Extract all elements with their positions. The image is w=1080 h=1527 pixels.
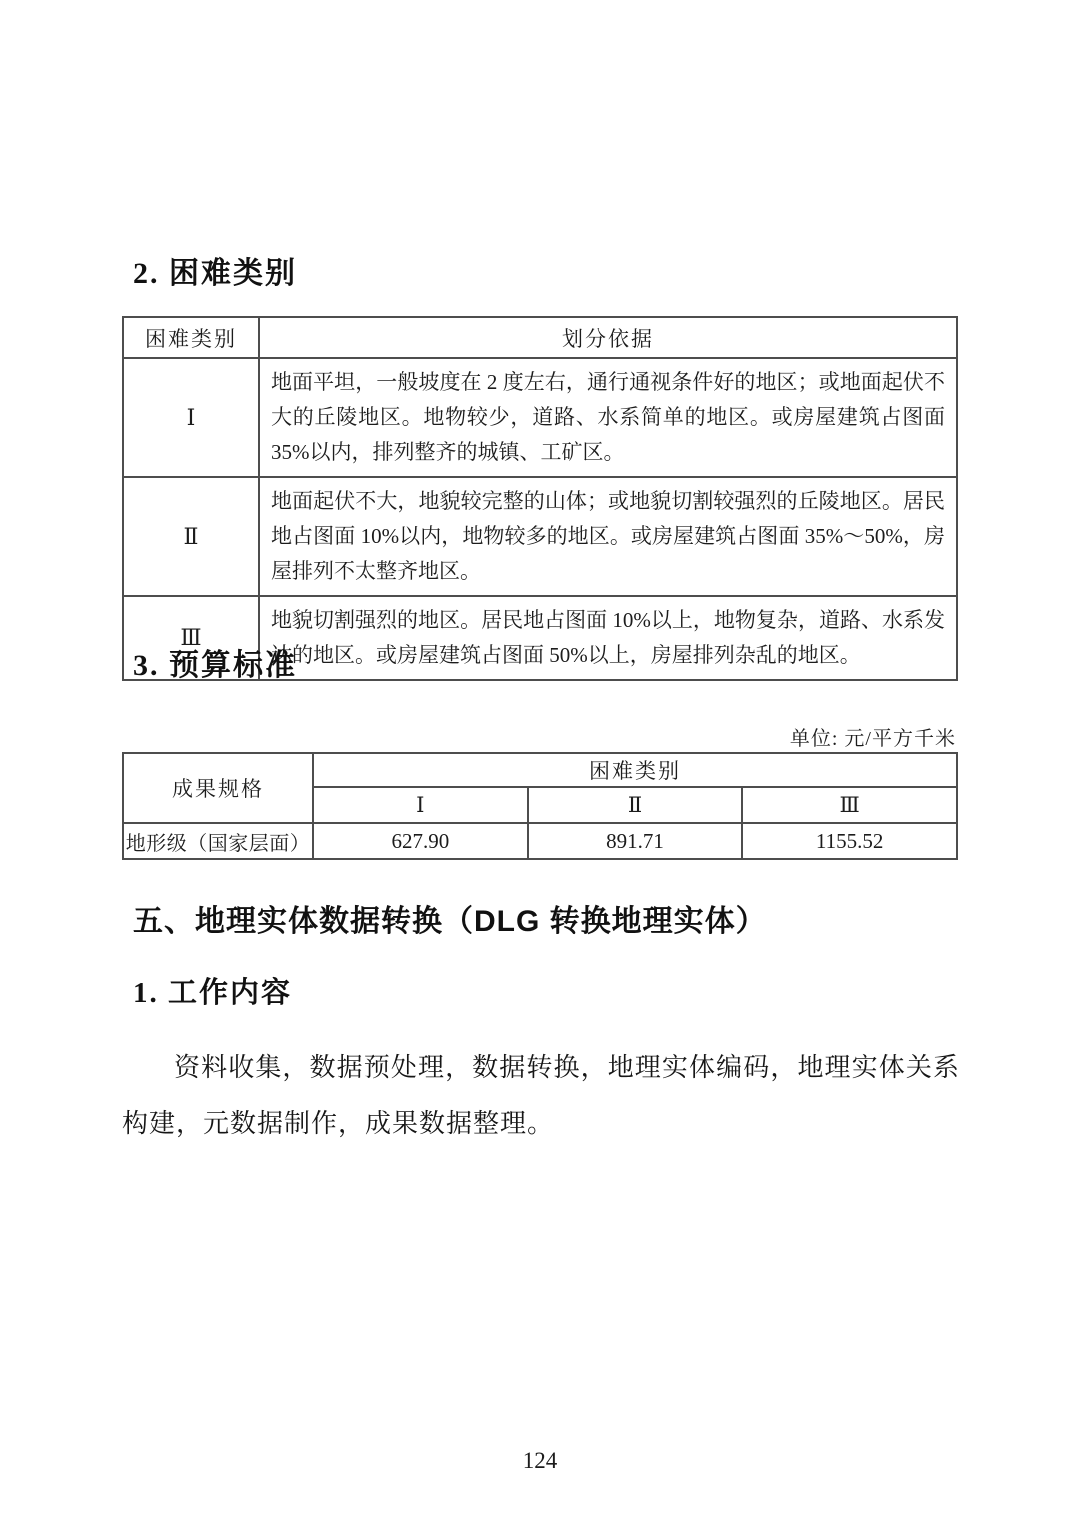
column-header-difficulty-category: 困难类别 — [123, 317, 259, 358]
column-header-result-spec: 成果规格 — [123, 753, 313, 823]
table-row: Ⅱ 地面起伏不大，地貌较完整的山体；或地貌切割较强烈的丘陵地区。居民地占图面 1… — [123, 477, 957, 596]
value-cell-level3: 1155.52 — [742, 823, 957, 859]
difficulty-categories-table: 困难类别 划分依据 Ⅰ 地面平坦，一般坡度在 2 度左右，通行通视条件好的地区；… — [122, 316, 958, 681]
subsection-heading-work-content: 1. 工作内容 — [133, 970, 292, 1011]
page-number: 124 — [0, 1448, 1080, 1474]
section-heading-geo-entity-conversion: 五、地理实体数据转换（DLG 转换地理实体） — [133, 896, 767, 940]
section-heading-difficulty-categories: 2. 困难类别 — [133, 248, 297, 292]
category-cell: Ⅰ — [123, 358, 259, 477]
value-cell-level1: 627.90 — [313, 823, 528, 859]
level-header-1: Ⅰ — [313, 787, 528, 823]
level-header-3: Ⅲ — [742, 787, 957, 823]
section-heading-budget-standard: 3. 预算标准 — [133, 640, 297, 684]
table-header-row: 成果规格 困难类别 — [123, 753, 957, 787]
unit-note: 单位: 元/平方千米 — [790, 722, 956, 751]
value-cell-level2: 891.71 — [528, 823, 743, 859]
table-row: 地形级（国家层面） 627.90 891.71 1155.52 — [123, 823, 957, 859]
table-row: Ⅰ 地面平坦，一般坡度在 2 度左右，通行通视条件好的地区；或地面起伏不大的丘陵… — [123, 358, 957, 477]
column-header-classification-basis: 划分依据 — [259, 317, 957, 358]
work-content-paragraph: 资料收集，数据预处理，数据转换，地理实体编码，地理实体关系构建，元数据制作，成果… — [122, 1040, 960, 1152]
budget-standard-table: 成果规格 困难类别 Ⅰ Ⅱ Ⅲ 地形级（国家层面） 627.90 891.71 … — [122, 752, 958, 860]
criteria-cell: 地面平坦，一般坡度在 2 度左右，通行通视条件好的地区；或地面起伏不大的丘陵地区… — [259, 358, 957, 477]
column-header-difficulty-category: 困难类别 — [313, 753, 957, 787]
table-header-row: 困难类别 划分依据 — [123, 317, 957, 358]
category-cell: Ⅱ — [123, 477, 259, 596]
criteria-cell: 地面起伏不大，地貌较完整的山体；或地貌切割较强烈的丘陵地区。居民地占图面 10%… — [259, 477, 957, 596]
level-header-2: Ⅱ — [528, 787, 743, 823]
document-page: 2. 困难类别 困难类别 划分依据 Ⅰ 地面平坦，一般坡度在 2 度左右，通行通… — [0, 0, 1080, 1527]
spec-cell: 地形级（国家层面） — [123, 823, 313, 859]
criteria-cell: 地貌切割强烈的地区。居民地占图面 10%以上，地物复杂，道路、水系发达的地区。或… — [259, 596, 957, 680]
